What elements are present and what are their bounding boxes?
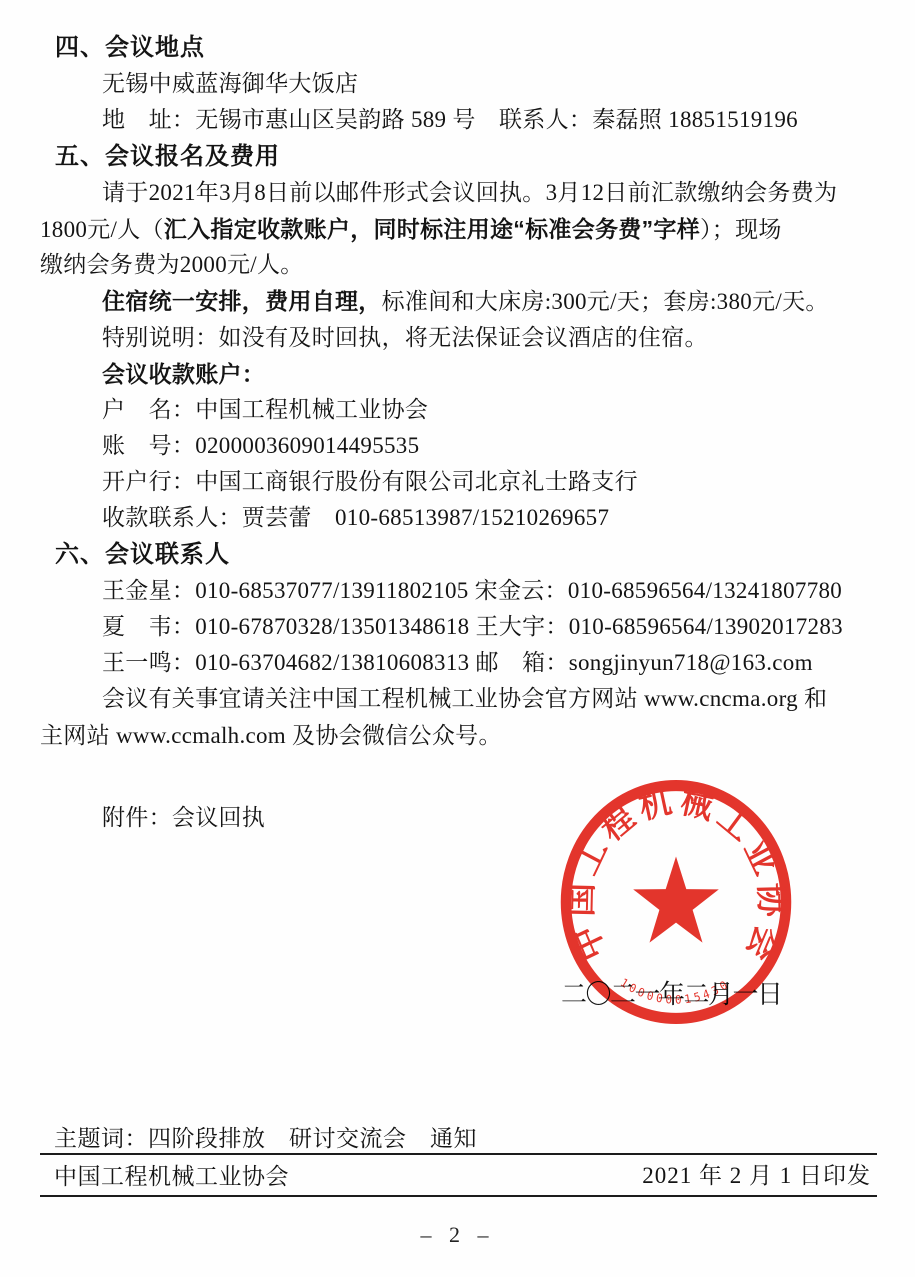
lodging-rest: 标准间和大床房:300元/天；套房:380元/天。 — [382, 289, 829, 314]
lodging-line: 住宿统一安排，费用自理，标准间和大床房:300元/天；套房:380元/天。 — [40, 283, 877, 319]
account-number-line: 账 号：0200003609014495535 — [40, 428, 877, 464]
page-number: – 2 – — [0, 1222, 915, 1248]
fee-line-2-post: ）；现场 — [700, 217, 782, 242]
fee-line-1: 请于2021年3月8日前以邮件形式会议回执。3月12日前汇款缴纳会务费为 — [40, 175, 877, 211]
account-heading: 会议收款账户： — [40, 356, 877, 392]
contacts-line-1: 王金星：010-68537077/13911802105 宋金云：010-685… — [40, 573, 877, 609]
issue-date: 二〇二一年二月一日 — [561, 974, 782, 1011]
seal-star-icon — [633, 856, 719, 942]
section-6-heading: 六、会议联系人 — [40, 537, 877, 573]
document-page: 四、会议地点 无锡中威蓝海御华大饭店 地 址：无锡市惠山区吴韵路 589 号 联… — [0, 0, 915, 1277]
account-contact-line: 收款联系人：贾芸蕾 010-68513987/15210269657 — [40, 500, 877, 536]
venue-line: 无锡中威蓝海御华大饭店 — [40, 66, 877, 102]
account-name-line: 户 名：中国工程机械工业协会 — [40, 392, 877, 428]
fee-line-2: 1800元/人（汇入指定收款账户，同时标注用途“标准会务费”字样）；现场 — [40, 211, 877, 247]
section-5-heading: 五、会议报名及费用 — [40, 139, 877, 175]
fee-line-2-pre: 1800元/人（ — [40, 217, 164, 242]
fee-line-3: 缴纳会务费为2000元/人。 — [40, 247, 877, 283]
lodging-bold: 住宿统一安排，费用自理， — [102, 288, 382, 314]
footer-divider-top — [40, 1153, 877, 1155]
subject-keywords-line: 主题词：四阶段排放 研讨交流会 通知 — [54, 1120, 477, 1153]
contacts-line-2: 夏 韦：010-67870328/13501348618 王大宇：010-685… — [40, 609, 877, 645]
footer-divider-bottom — [40, 1195, 877, 1197]
contacts-line-3: 王一鸣：010-63704682/13810608313 邮 箱：songjin… — [40, 645, 877, 681]
special-note-line: 特别说明：如没有及时回执，将无法保证会议酒店的住宿。 — [40, 320, 877, 356]
account-bank-line: 开户行：中国工商银行股份有限公司北京礼士路支行 — [40, 464, 877, 500]
issuer-row: 中国工程机械工业协会 2021 年 2 月 1 日印发 — [40, 1159, 877, 1193]
section-4-heading: 四、会议地点 — [40, 30, 877, 66]
address-line: 地 址：无锡市惠山区吴韵路 589 号 联系人：秦磊照 18851519196 — [40, 102, 877, 138]
document-body: 四、会议地点 无锡中威蓝海御华大饭店 地 址：无锡市惠山区吴韵路 589 号 联… — [0, 0, 915, 836]
print-date: 2021 年 2 月 1 日印发 — [642, 1159, 877, 1193]
issuer-organization: 中国工程机械工业协会 — [40, 1159, 289, 1193]
website-line-2: 主网站 www.ccmalh.com 及协会微信公众号。 — [40, 718, 877, 754]
fee-line-2-bold: 汇入指定收款账户，同时标注用途“标准会务费”字样 — [164, 216, 700, 242]
website-line-1: 会议有关事宜请关注中国工程机械工业协会官方网站 www.cncma.org 和 — [40, 681, 877, 717]
